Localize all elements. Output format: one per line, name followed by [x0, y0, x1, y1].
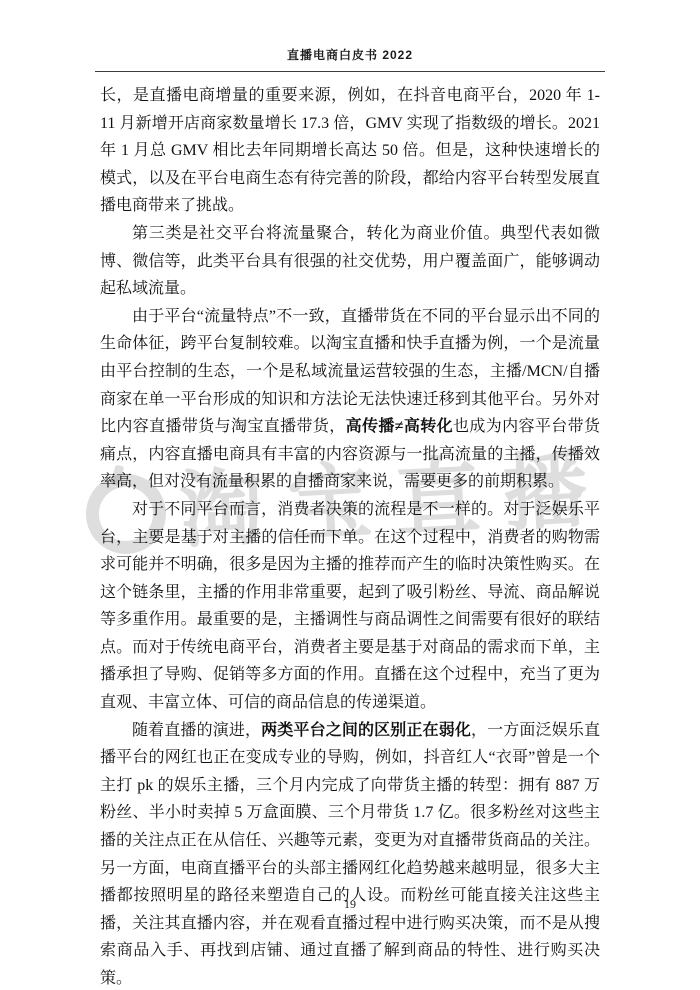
- body-text: 随着直播的演进，: [132, 722, 261, 739]
- paragraph: 随着直播的演进，两类平台之间的区别正在弱化，一方面泛娱乐直播平台的网红也正在变成…: [100, 717, 600, 990]
- paragraph: 由于平台“流量特点”不一致，直播带货在不同的平台显示出不同的生命体征，跨平台复制…: [100, 303, 600, 496]
- header-title: 直播电商白皮书 2022: [0, 46, 700, 63]
- body-text: 对于不同平台而言，消费者决策的流程是不一样的。对于泛娱乐平台，主要是基于对主播的…: [100, 501, 600, 711]
- body-text: 第三类是社交平台将流量聚合，转化为商业价值。典型代表如微博、微信等，此类平台具有…: [100, 225, 600, 297]
- emphasis-text: 两类平台之间的区别正在弱化: [261, 722, 471, 739]
- body-text: 长，是直播电商增量的重要来源，例如，在抖音电商平台，2020 年 1-11 月新…: [100, 87, 600, 214]
- body-text: ，一方面泛娱乐直播平台的网红也正在变成专业的导购，例如，抖音红人“衣哥”曾是一个…: [100, 722, 600, 987]
- page: 直播电商白皮书 2022 淘宝直播 长，是直播电商增量的重要来源，例如，在抖音电…: [0, 0, 700, 990]
- document-body: 长，是直播电商增量的重要来源，例如，在抖音电商平台，2020 年 1-11 月新…: [100, 82, 600, 990]
- body-text: 由于平台“流量特点”不一致，直播带货在不同的平台显示出不同的生命体征，跨平台复制…: [100, 308, 600, 435]
- paragraph: 第三类是社交平台将流量聚合，转化为商业价值。典型代表如微博、微信等，此类平台具有…: [100, 220, 600, 303]
- page-number: 19: [0, 897, 700, 912]
- paragraph: 对于不同平台而言，消费者决策的流程是不一样的。对于泛娱乐平台，主要是基于对主播的…: [100, 496, 600, 717]
- emphasis-text: 高传播≠高转化: [346, 418, 453, 435]
- paragraph: 长，是直播电商增量的重要来源，例如，在抖音电商平台，2020 年 1-11 月新…: [100, 82, 600, 220]
- header-rule: [95, 71, 605, 72]
